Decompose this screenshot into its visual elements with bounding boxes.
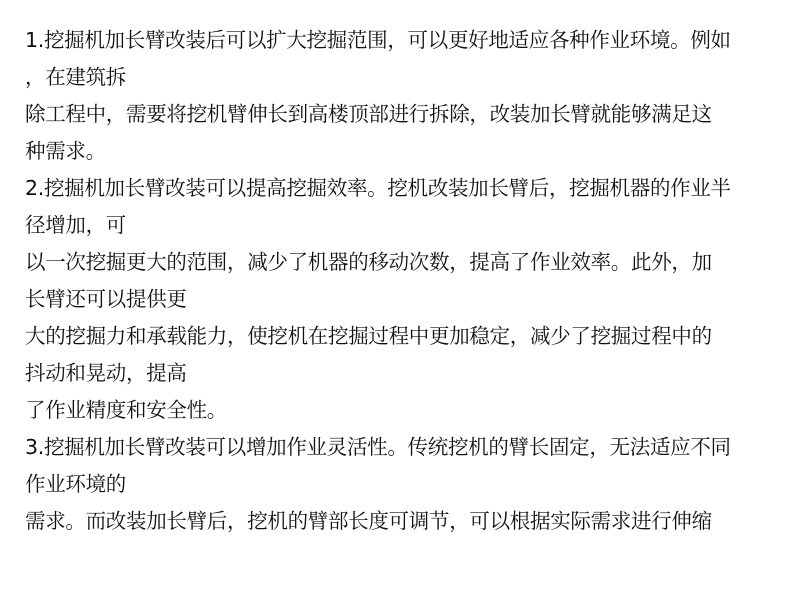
text-line-point-3: 3.挖掘机加长臂改装可以增加作业灵活性。传统挖机的臂长固定，无法适应不同 [25, 429, 785, 466]
text-line: 大的挖掘力和承载能力，使挖机在挖掘过程中更加稳定，减少了挖掘过程中的 [25, 318, 785, 355]
text-line: 抖动和晃动，提高 [25, 355, 785, 392]
text-line: 除工程中，需要将挖机臂伸长到高楼顶部进行拆除，改装加长臂就能够满足这 [25, 96, 785, 133]
text-line: 径增加，可 [25, 207, 785, 244]
text-line: 种需求。 [25, 133, 785, 170]
text-line-point-2: 2.挖掘机加长臂改装可以提高挖掘效率。挖机改装加长臂后，挖掘机器的作业半 [25, 170, 785, 207]
text-line: 需求。而改装加长臂后，挖机的臂部长度可调节，可以根据实际需求进行伸缩 [25, 503, 785, 540]
text-line: 以一次挖掘更大的范围，减少了机器的移动次数，提高了作业效率。此外，加 [25, 244, 785, 281]
text-line: 了作业精度和安全性。 [25, 392, 785, 429]
document-body: 1.挖掘机加长臂改装后可以扩大挖掘范围，可以更好地适应各种作业环境。例如 ，在建… [25, 22, 785, 540]
text-line: 长臂还可以提供更 [25, 281, 785, 318]
text-line-point-1: 1.挖掘机加长臂改装后可以扩大挖掘范围，可以更好地适应各种作业环境。例如 [25, 22, 785, 59]
text-line: ，在建筑拆 [25, 59, 785, 96]
text-line: 作业环境的 [25, 466, 785, 503]
